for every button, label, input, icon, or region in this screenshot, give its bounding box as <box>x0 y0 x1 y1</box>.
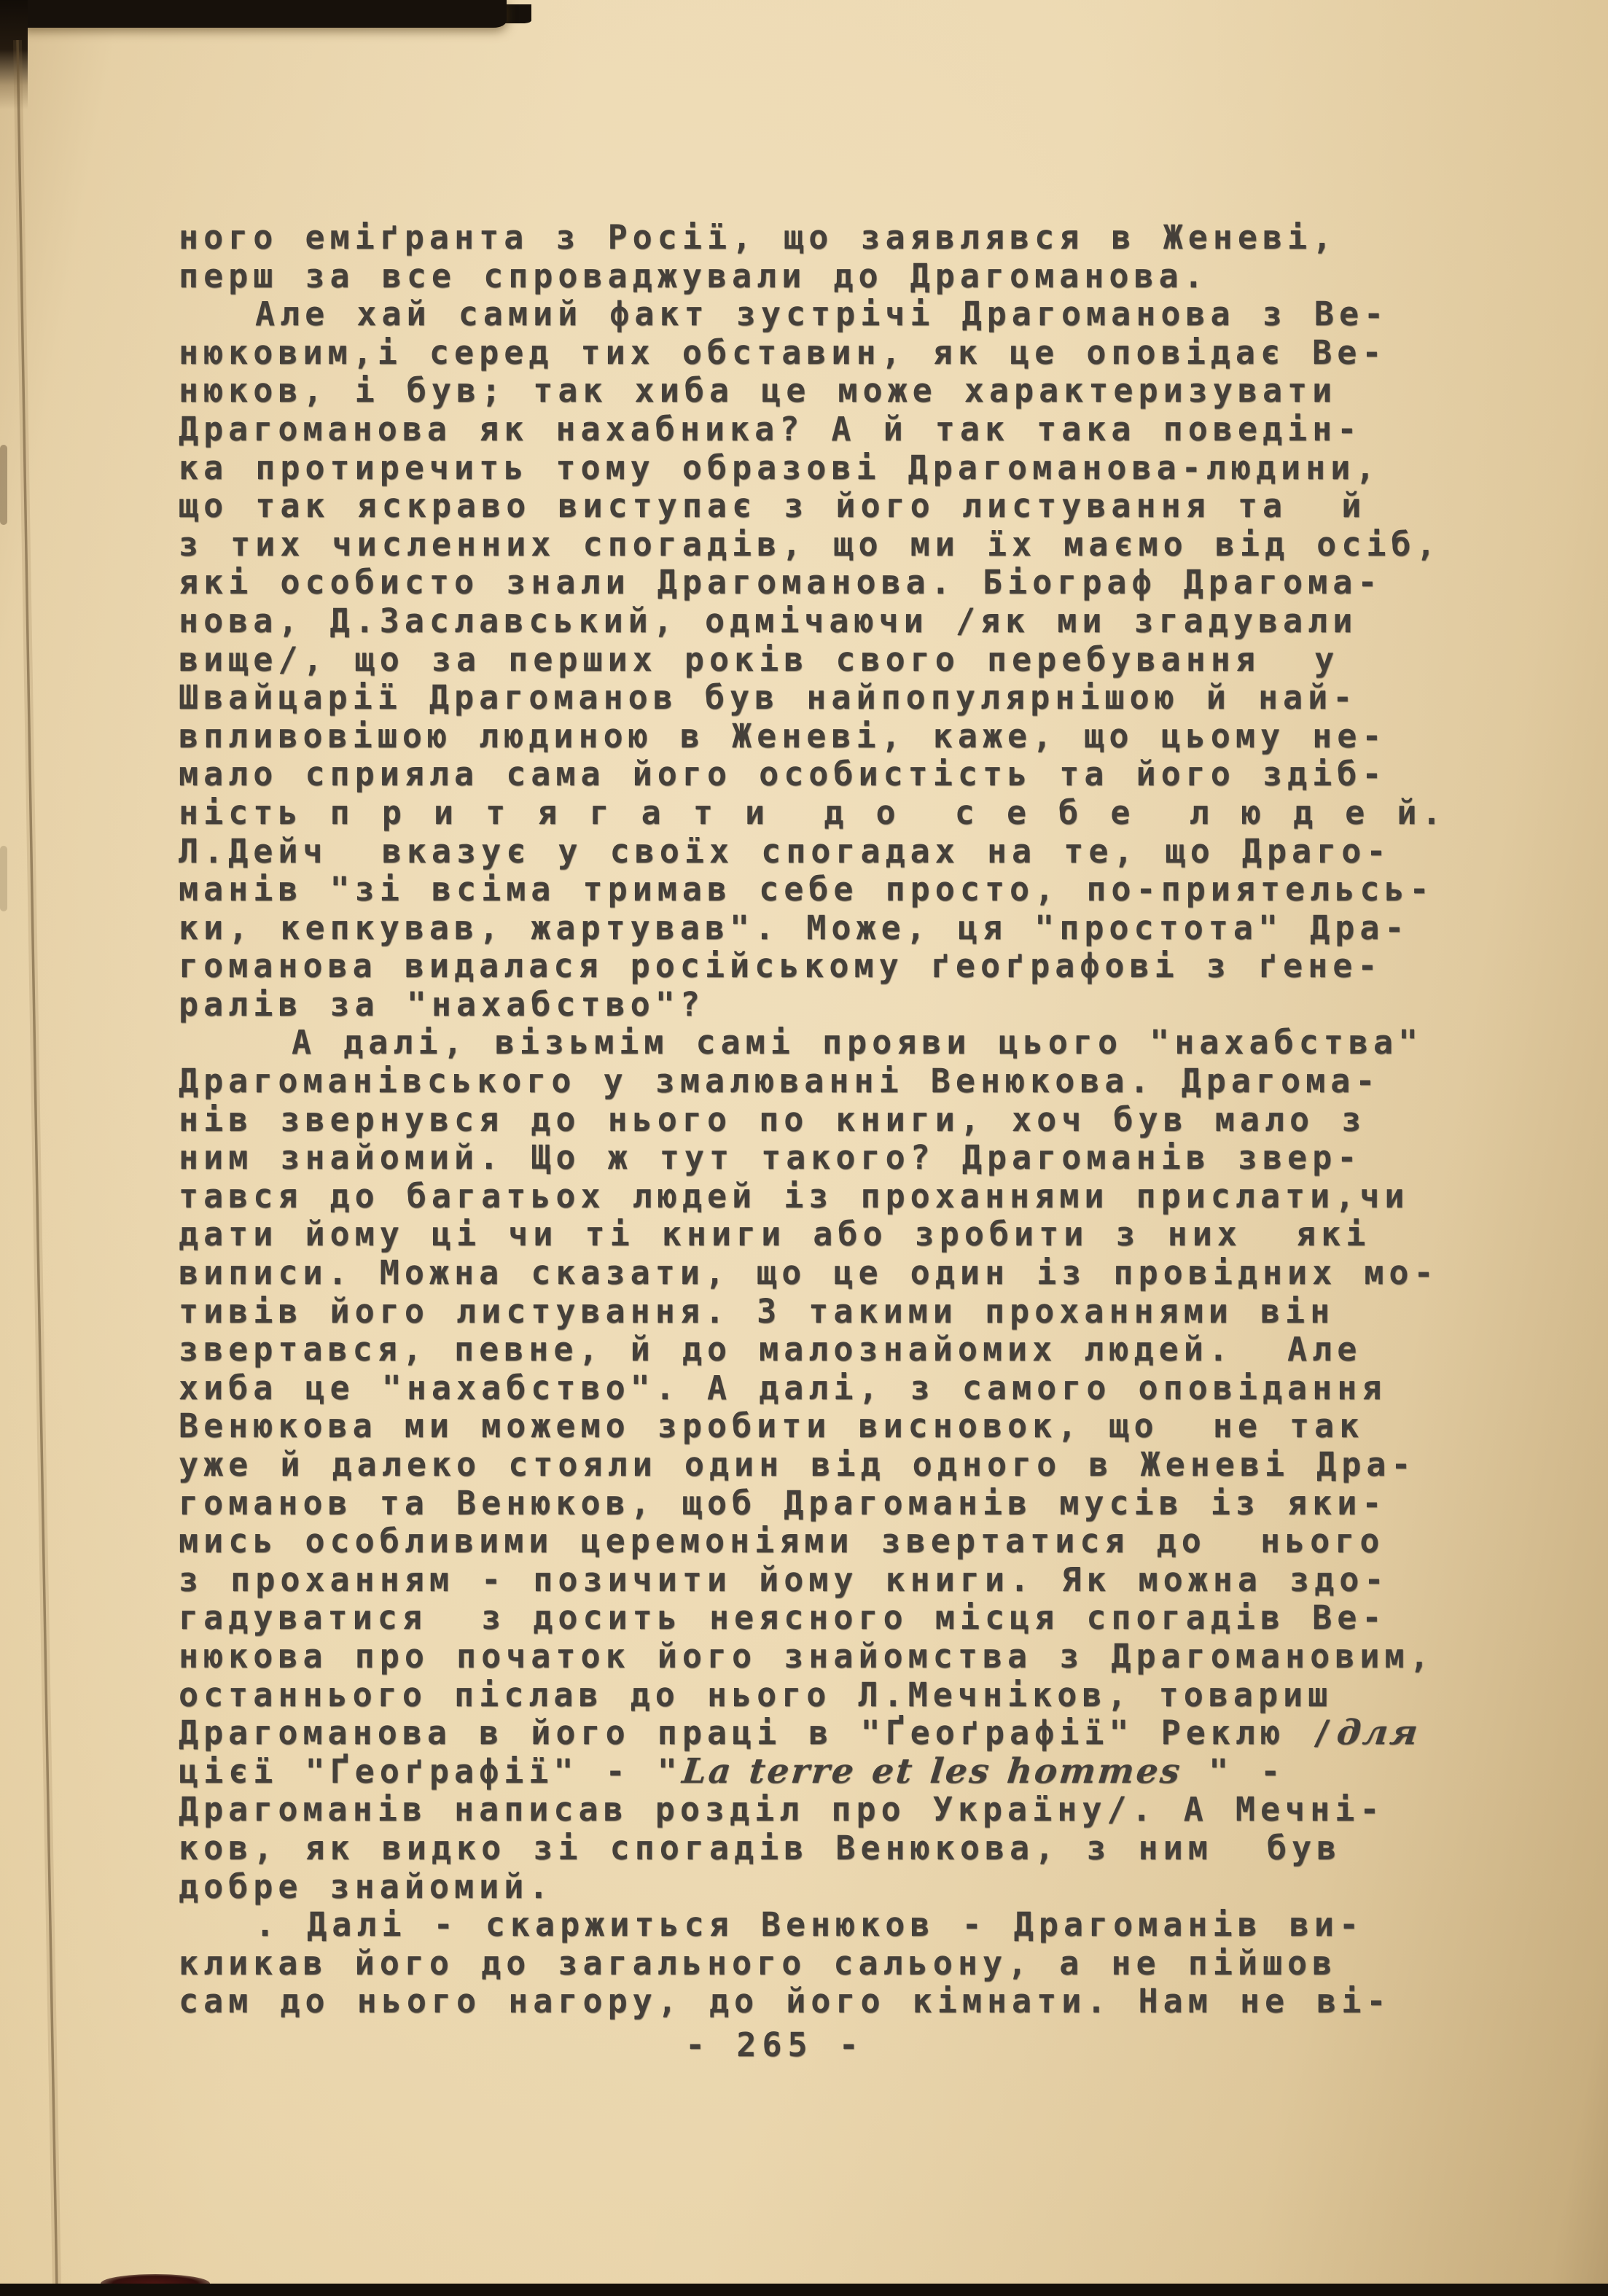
typed-segment: нюкова про початок його знайомства з Дра… <box>179 1637 1435 1676</box>
typed-segment: з тих численних спогадів, що ми їх маємо… <box>179 525 1441 564</box>
text-line: виписи. Можна сказати, що це один із про… <box>179 1254 1461 1293</box>
typed-segment: добре знайомий. <box>179 1867 553 1906</box>
typed-segment: дати йому ці чи ті книги або зробити з н… <box>179 1215 1370 1253</box>
text-line: ка протиречить тому образові Драгоманова… <box>179 449 1461 488</box>
typed-segment: ного еміґранта з Росії, що заявлявся в Ж… <box>179 218 1337 257</box>
typed-segment: ним знайомий. Що ж тут такого? Драгомані… <box>179 1138 1362 1177</box>
typed-segment: впливовішою людиною в Женеві, каже, що ц… <box>179 717 1386 755</box>
text-line: ралів за "нахабство"? <box>179 986 1461 1024</box>
text-line: що так яскраво виступає з його листуванн… <box>179 487 1461 526</box>
text-line: Драгоманова в його праці в "Ґеоґрафії" Р… <box>179 1714 1461 1753</box>
typed-segment: Швайцарії Драгоманов був найпопулярнішою… <box>179 678 1357 717</box>
typed-segment: кликав його до загального сальону, а не … <box>179 1944 1337 1982</box>
text-line: нюковим,і серед тих обставин, як це опов… <box>179 334 1461 373</box>
typed-segment: сам до нього нагору, до його кімнати. На… <box>179 1982 1391 2020</box>
text-line: ков, як видко зі спогадів Венюкова, з ни… <box>179 1829 1461 1868</box>
typed-segment: мало сприяла сама його особистість та йо… <box>179 755 1386 793</box>
binding-left-corner <box>0 0 28 109</box>
text-line: гоманов та Венюков, щоб Драгоманів мусів… <box>179 1484 1461 1523</box>
typed-segment: гоманов та Венюков, щоб Драгоманів мусів… <box>179 1484 1386 1522</box>
typed-segment: тивів його листування. З такими прохання… <box>179 1292 1335 1331</box>
typed-segment: Драгоманівського у змалюванні Венюкова. … <box>179 1062 1380 1100</box>
edge-smudge <box>0 445 7 525</box>
typed-segment: цієї "Ґеоґрафії" - " <box>179 1752 682 1791</box>
text-line: Але хай самий факт зустрічі Драгоманова … <box>179 295 1461 334</box>
typed-segment: нова, Д.Заславський, одмічаючи /як ми зг… <box>179 602 1357 640</box>
text-line: ного еміґранта з Росії, що заявлявся в Ж… <box>179 219 1461 257</box>
text-line: . Далі - скаржиться Венюков - Драгоманів… <box>179 1906 1461 1945</box>
typed-segment: нюков, і був; так хиба це може характери… <box>179 371 1337 410</box>
text-line: останнього післав до нього Л.Мечніков, т… <box>179 1676 1461 1715</box>
typed-segment: Венюкова ми можемо зробити висновок, що … <box>179 1406 1364 1445</box>
text-line: Драгоманова як нахабника? А й так така п… <box>179 410 1461 449</box>
text-line: дати йому ці чи ті книги або зробити з н… <box>179 1215 1461 1254</box>
typed-segment: ки, кепкував, жартував". Може, ця "прост… <box>179 908 1410 947</box>
text-line: цієї "Ґеоґрафії" - "La terre et les homm… <box>179 1753 1461 1791</box>
typed-segment: звертався, певне, й до малознайомих люде… <box>179 1330 1362 1369</box>
typed-segment: гадуватися з досить неясного місця спога… <box>179 1598 1386 1637</box>
typed-segment: ка протиречить тому образові Драгоманова… <box>179 448 1380 487</box>
typed-segment: Але хай самий факт зустрічі Драгоманова … <box>255 295 1389 333</box>
typed-segment: останнього післав до нього Л.Мечніков, т… <box>179 1676 1332 1714</box>
text-line: нова, Д.Заславський, одмічаючи /як ми зг… <box>179 602 1461 641</box>
typed-segment: нюковим,і серед тих обставин, як це опов… <box>179 333 1386 372</box>
typed-segment: . Далі - скаржиться Венюков - Драгоманів… <box>255 1905 1364 1944</box>
text-line: уже й далеко стояли один від одного в Же… <box>179 1446 1461 1484</box>
typed-segment: Драгоманова як нахабника? А й так така п… <box>179 410 1362 448</box>
text-line: вище/, що за перших років свого перебува… <box>179 641 1461 680</box>
text-line: перш за все спроваджували до Драгоманова… <box>179 257 1461 296</box>
text-line: А далі, візьмім самі прояви цього "нахаб… <box>179 1024 1461 1062</box>
text-line: Драгоманів написав розділ про Україну/. … <box>179 1791 1461 1829</box>
typed-segment: гоманова видалася російському ґеоґрафові… <box>179 946 1382 985</box>
typed-segment: манів "зі всіма тримав себе просто, по-п… <box>179 870 1435 908</box>
typed-segment: нів звернувся до нього по книги, хоч був… <box>179 1100 1366 1139</box>
typewritten-text: ного еміґранта з Росії, що заявлявся в Ж… <box>179 219 1461 2021</box>
binding-bottom-edge <box>0 2284 1608 2296</box>
text-line: тивів його листування. З такими прохання… <box>179 1293 1461 1331</box>
text-line: звертався, певне, й до малознайомих люде… <box>179 1331 1461 1369</box>
text-line: добре знайомий. <box>179 1868 1461 1907</box>
typed-segment: Л.Дейч вказує у своїх спогадах на те, що… <box>179 832 1391 871</box>
typed-segment: Драгоманова в його праці в "Ґеоґрафії" Р… <box>179 1713 1337 1752</box>
text-line: мись особливими церемоніями звертатися д… <box>179 1522 1461 1561</box>
text-line: манів "зі всіма тримав себе просто, по-п… <box>179 871 1461 909</box>
text-line: мало сприяла сама його особистість та йо… <box>179 755 1461 794</box>
typed-segment: ков, як видко зі спогадів Венюкова, з ни… <box>179 1829 1341 1867</box>
scanned-book-page: ного еміґранта з Росії, що заявлявся в Ж… <box>0 0 1608 2296</box>
text-line: Драгоманівського у змалюванні Венюкова. … <box>179 1062 1461 1101</box>
typed-segment: перш за все спроваджували до Драгоманова… <box>179 257 1209 295</box>
typed-segment: виписи. Можна сказати, що це один із про… <box>179 1253 1439 1292</box>
typed-segment: хиба це "нахабство". А далі, з самого оп… <box>179 1369 1386 1407</box>
text-line: Швайцарії Драгоманов був найпопулярнішою… <box>179 679 1461 717</box>
page-number: - 265 - <box>0 2025 1579 2064</box>
typed-segment: з проханням - позичити йому книги. Як мо… <box>179 1560 1389 1599</box>
typed-segment: що так яскраво виступає з його листуванн… <box>179 486 1366 525</box>
typed-segment: уже й далеко стояли один від одного в Же… <box>179 1445 1416 1484</box>
text-line: ність п р и т я г а т и д о с е б е л ю … <box>179 794 1461 833</box>
typed-segment: " - <box>1182 1752 1285 1791</box>
typed-segment: ралів за "нахабство"? <box>179 985 705 1024</box>
binding-top-shadow <box>22 0 507 28</box>
text-line: Венюкова ми можемо зробити висновок, що … <box>179 1407 1461 1446</box>
typed-segment: які особисто знали Драгоманова. Біограф … <box>179 563 1382 602</box>
handwritten-annotation: для <box>1335 1714 1421 1753</box>
text-line: які особисто знали Драгоманова. Біограф … <box>179 564 1461 602</box>
text-line: тався до багатьох людей із проханнями пр… <box>179 1178 1461 1216</box>
typed-segment: А далі, візьмім самі прояви цього "нахаб… <box>292 1023 1423 1062</box>
text-line: кликав його до загального сальону, а не … <box>179 1945 1461 1983</box>
typed-segment: мись особливими церемоніями звертатися д… <box>179 1522 1384 1560</box>
text-line: Л.Дейч вказує у своїх спогадах на те, що… <box>179 833 1461 871</box>
text-line: гоманова видалася російському ґеоґрафові… <box>179 947 1461 986</box>
typed-segment: Драгоманів написав розділ про Україну/. … <box>179 1790 1384 1829</box>
typed-segment: ність п р и т я г а т и д о с е б е л ю … <box>179 793 1447 832</box>
text-line: ним знайомий. Що ж тут такого? Драгомані… <box>179 1139 1461 1178</box>
text-line: хиба це "нахабство". А далі, з самого оп… <box>179 1369 1461 1408</box>
handwritten-annotation: La terre et les hommes <box>680 1753 1184 1791</box>
text-line: впливовішою людиною в Женеві, каже, що ц… <box>179 717 1461 756</box>
typed-segment: тався до багатьох людей із проханнями пр… <box>179 1177 1410 1215</box>
text-line: нюкова про початок його знайомства з Дра… <box>179 1638 1461 1676</box>
text-line: з проханням - позичити йому книги. Як мо… <box>179 1561 1461 1600</box>
text-line: нюков, і був; так хиба це може характери… <box>179 372 1461 410</box>
text-line: ки, кепкував, жартував". Може, ця "прост… <box>179 909 1461 948</box>
text-line: з тих численних спогадів, що ми їх маємо… <box>179 526 1461 564</box>
edge-smudge <box>0 846 7 911</box>
typed-segment: вище/, що за перших років свого перебува… <box>179 640 1339 679</box>
text-line: гадуватися з досить неясного місця спога… <box>179 1599 1461 1638</box>
text-line: нів звернувся до нього по книги, хоч був… <box>179 1101 1461 1140</box>
text-line: сам до нього нагору, до його кімнати. На… <box>179 1982 1461 2021</box>
